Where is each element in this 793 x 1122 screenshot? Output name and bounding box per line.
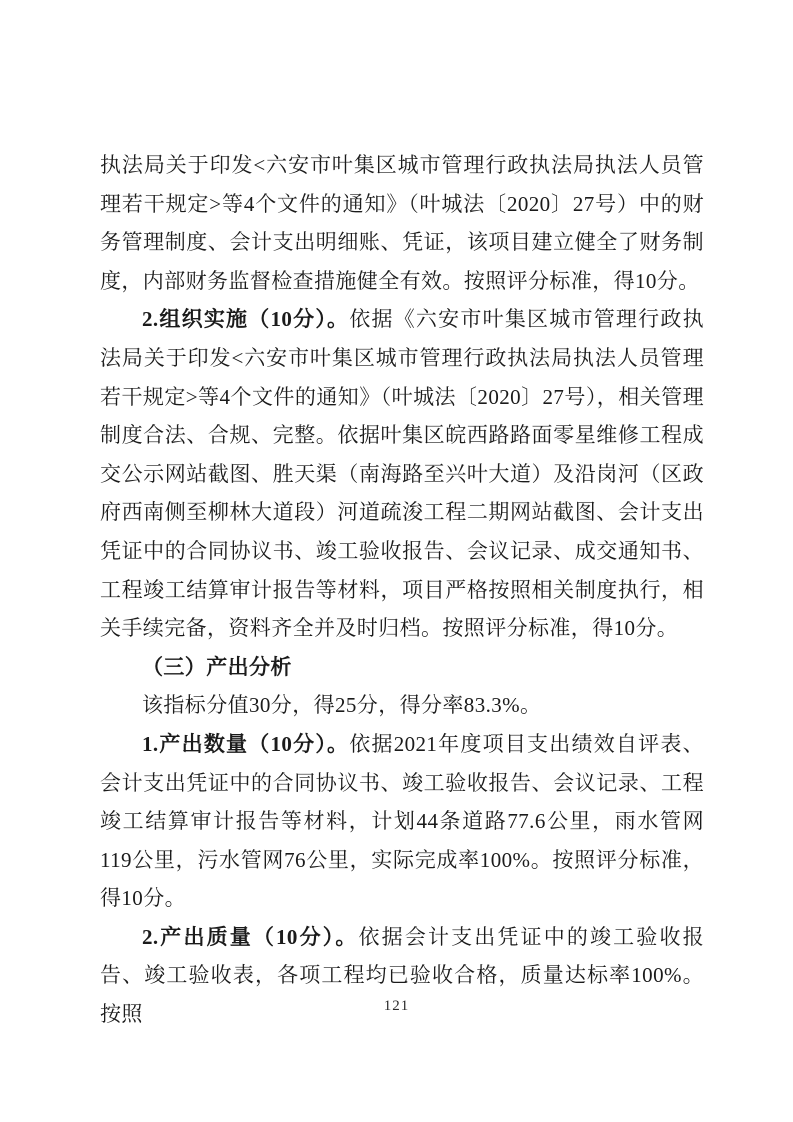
- page-footer: 121: [0, 997, 793, 1015]
- paragraph-org-implementation: 2.组织实施（10分）。依据《六安市叶集区城市管理行政执法局关于印发<六安市叶集…: [100, 300, 704, 647]
- page-number: 121: [384, 998, 410, 1014]
- paragraph-bold-lead: 1.产出数量（10分）。: [142, 732, 349, 756]
- paragraph-output-quality: 2.产出质量（10分）。依据会计支出凭证中的竣工验收报告、竣工验收表，各项工程均…: [100, 918, 704, 1034]
- paragraph-text: 依据2021年度项目支出绩效自评表、会计支出凭证中的合同协议书、竣工验收报告、会…: [100, 732, 704, 910]
- paragraph-output-quantity: 1.产出数量（10分）。依据2021年度项目支出绩效自评表、会计支出凭证中的合同…: [100, 725, 704, 918]
- paragraph-bold-lead: 2.组织实施（10分）。: [142, 307, 349, 331]
- section-heading-text: （三）产出分析: [142, 655, 292, 679]
- paragraph-text: 该指标分值30分，得25分，得分率83.3%。: [142, 693, 541, 717]
- paragraph-score-summary: 该指标分值30分，得25分，得分率83.3%。: [100, 686, 704, 725]
- paragraph-continuation: 执法局关于印发<六安市叶集区城市管理行政执法局执法人员管理若干规定>等4个文件的…: [100, 146, 704, 300]
- paragraph-text: 执法局关于印发<六安市叶集区城市管理行政执法局执法人员管理若干规定>等4个文件的…: [100, 153, 704, 293]
- section-heading-output-analysis: （三）产出分析: [100, 648, 704, 687]
- paragraph-text: 依据《六安市叶集区城市管理行政执法局关于印发<六安市叶集区城市管理行政执法局执法…: [100, 307, 704, 640]
- document-body: 执法局关于印发<六安市叶集区城市管理行政执法局执法人员管理若干规定>等4个文件的…: [100, 146, 704, 1034]
- document-page: 执法局关于印发<六安市叶集区城市管理行政执法局执法人员管理若干规定>等4个文件的…: [0, 0, 793, 1122]
- paragraph-bold-lead: 2.产出质量（10分）。: [142, 925, 359, 949]
